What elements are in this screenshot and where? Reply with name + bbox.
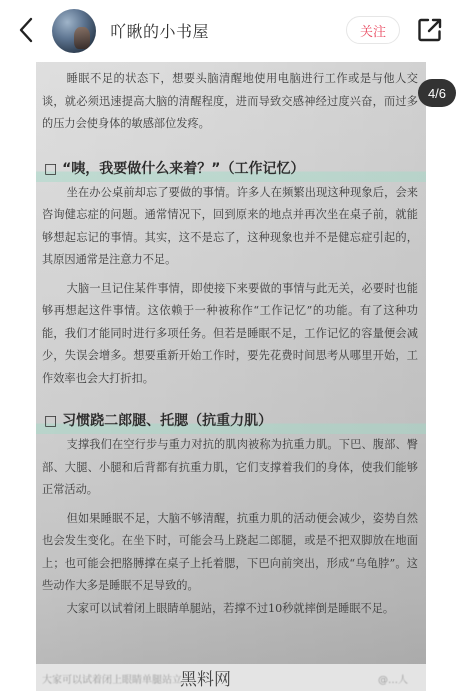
watermark-center-text: 黑料网 <box>180 665 231 690</box>
watermark-right-text: @…人 <box>378 671 408 686</box>
top-navigation-bar: 吖瞅的小书屋 关注 <box>0 0 464 60</box>
section-heading-working-memory: □ “咦，我要做什么来着？”（工作记忆） <box>36 156 426 182</box>
image-page-counter: 4/6 <box>418 79 456 107</box>
share-button[interactable] <box>416 16 444 44</box>
avatar[interactable] <box>52 9 96 53</box>
share-external-icon <box>416 16 444 44</box>
book-page-text: 睡眠不足的状态下，想要头脑清醒地使用电脑进行工作或是与他人交谈，就必须迅速提高大… <box>36 62 426 620</box>
follow-button[interactable]: 关注 <box>346 16 400 44</box>
intro-paragraph: 睡眠不足的状态下，想要头脑清醒地使用电脑进行工作或是与他人交谈，就必须迅速提高大… <box>36 68 426 136</box>
section2-paragraph-1: 支撑我们在空行步与重力对抗的肌肉被称为抗重力肌。下巴、腹部、臀部、大腿、小腿和后… <box>36 434 426 502</box>
back-button[interactable] <box>14 14 38 46</box>
section2-paragraph-2: 但如果睡眠不足，大脑不够清醒，抗重力肌的活动便会减少，姿势自然也会发生变化。在坐… <box>36 508 426 598</box>
watermark-left-text: 大家可以试着闭上眼睛单腿站立 <box>42 671 182 686</box>
section2-paragraph-3: 大家可以试着闭上眼睛单腿站，若撑不过10秒就摔倒是睡眠不足。 <box>36 598 426 621</box>
section1-paragraph-2: 大脑一旦记住某件事情，即使接下来要做的事情与此无关，必要时也能够再想起这件事情。… <box>36 278 426 391</box>
section1-paragraph-1: 坐在办公桌前却忘了要做的事情。许多人在频繁出现这种现象后，会来咨询健忘症的问题。… <box>36 182 426 272</box>
post-photo-book-page[interactable]: 睡眠不足的状态下，想要头脑清醒地使用电脑进行工作或是与他人交谈，就必须迅速提高大… <box>36 62 426 668</box>
section-heading-antigravity-muscle: □ 习惯跷二郎腿、托腮（抗重力肌） <box>36 408 426 434</box>
chevron-left-icon <box>18 17 34 43</box>
username[interactable]: 吖瞅的小书屋 <box>110 19 209 42</box>
